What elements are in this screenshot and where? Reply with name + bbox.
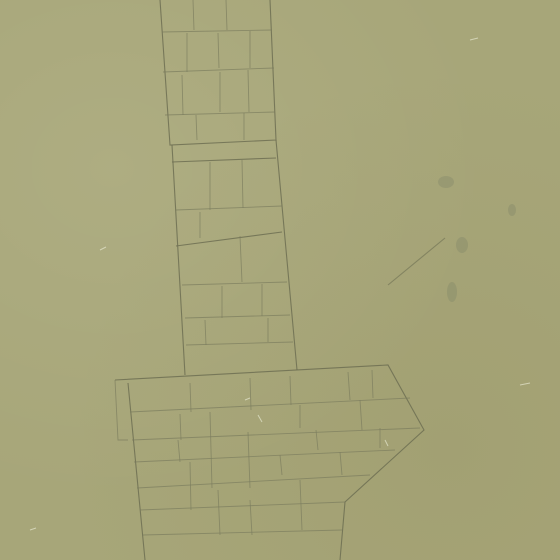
upper-shaft xyxy=(160,0,276,162)
drawing-paper xyxy=(0,0,560,560)
middle-shaft xyxy=(172,140,297,375)
masonry-sketch xyxy=(0,0,560,560)
pentagon-base xyxy=(115,365,424,560)
